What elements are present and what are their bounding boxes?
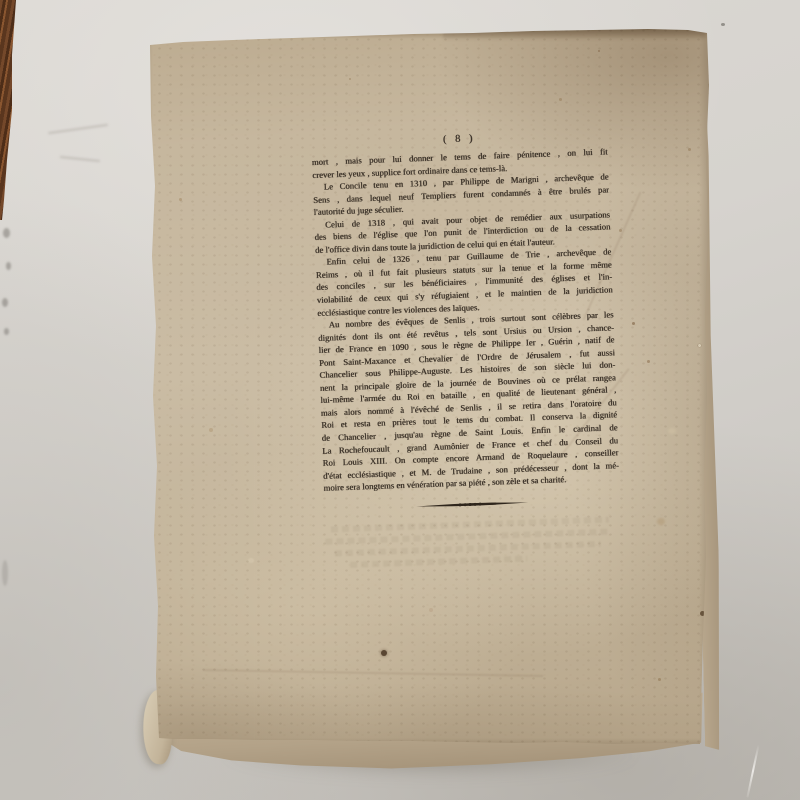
photo-scene: ( 8 ) mort , mais pour lui donner le tem…: [0, 0, 800, 800]
foxing-spot: [657, 518, 665, 525]
surface-smudge: [2, 298, 8, 307]
crease-line: [203, 669, 543, 677]
foxing-spot: [248, 558, 254, 563]
foxing-spot: [619, 229, 622, 232]
foxing-spot: [559, 98, 562, 101]
page-left-edge-shade: [143, 26, 153, 750]
surface-fleck: [721, 23, 725, 26]
surface-smudge: [6, 262, 11, 270]
foxing-spot: [688, 148, 691, 151]
scratch-mark: [746, 744, 759, 797]
surface-smudge: [3, 228, 10, 238]
ornament-rule-icon: [416, 498, 528, 510]
page-top-edge-dark: [443, 27, 705, 41]
surface-smudge: [4, 328, 9, 335]
surface-smudge: [2, 560, 8, 586]
surface-crease: [48, 124, 108, 134]
foxing-spot: [349, 78, 351, 80]
document-page: ( 8 ) mort , mais pour lui donner le tem…: [143, 26, 713, 750]
foxing-spot: [179, 198, 182, 201]
page-text-block: ( 8 ) mort , mais pour lui donner le tem…: [311, 128, 622, 574]
foxing-spot: [209, 428, 213, 432]
show-through-text: [325, 516, 622, 569]
foxing-spot: [381, 650, 387, 656]
foxing-spot: [647, 360, 650, 363]
foxing-spot: [668, 428, 676, 434]
surface-crease: [60, 156, 100, 162]
foxing-spot: [429, 608, 433, 612]
foxing-spot: [658, 678, 661, 681]
wood-floor-strip: [0, 0, 18, 220]
foxing-spot: [698, 344, 701, 347]
foxing-spot: [632, 322, 635, 325]
foxing-spot: [598, 50, 600, 52]
